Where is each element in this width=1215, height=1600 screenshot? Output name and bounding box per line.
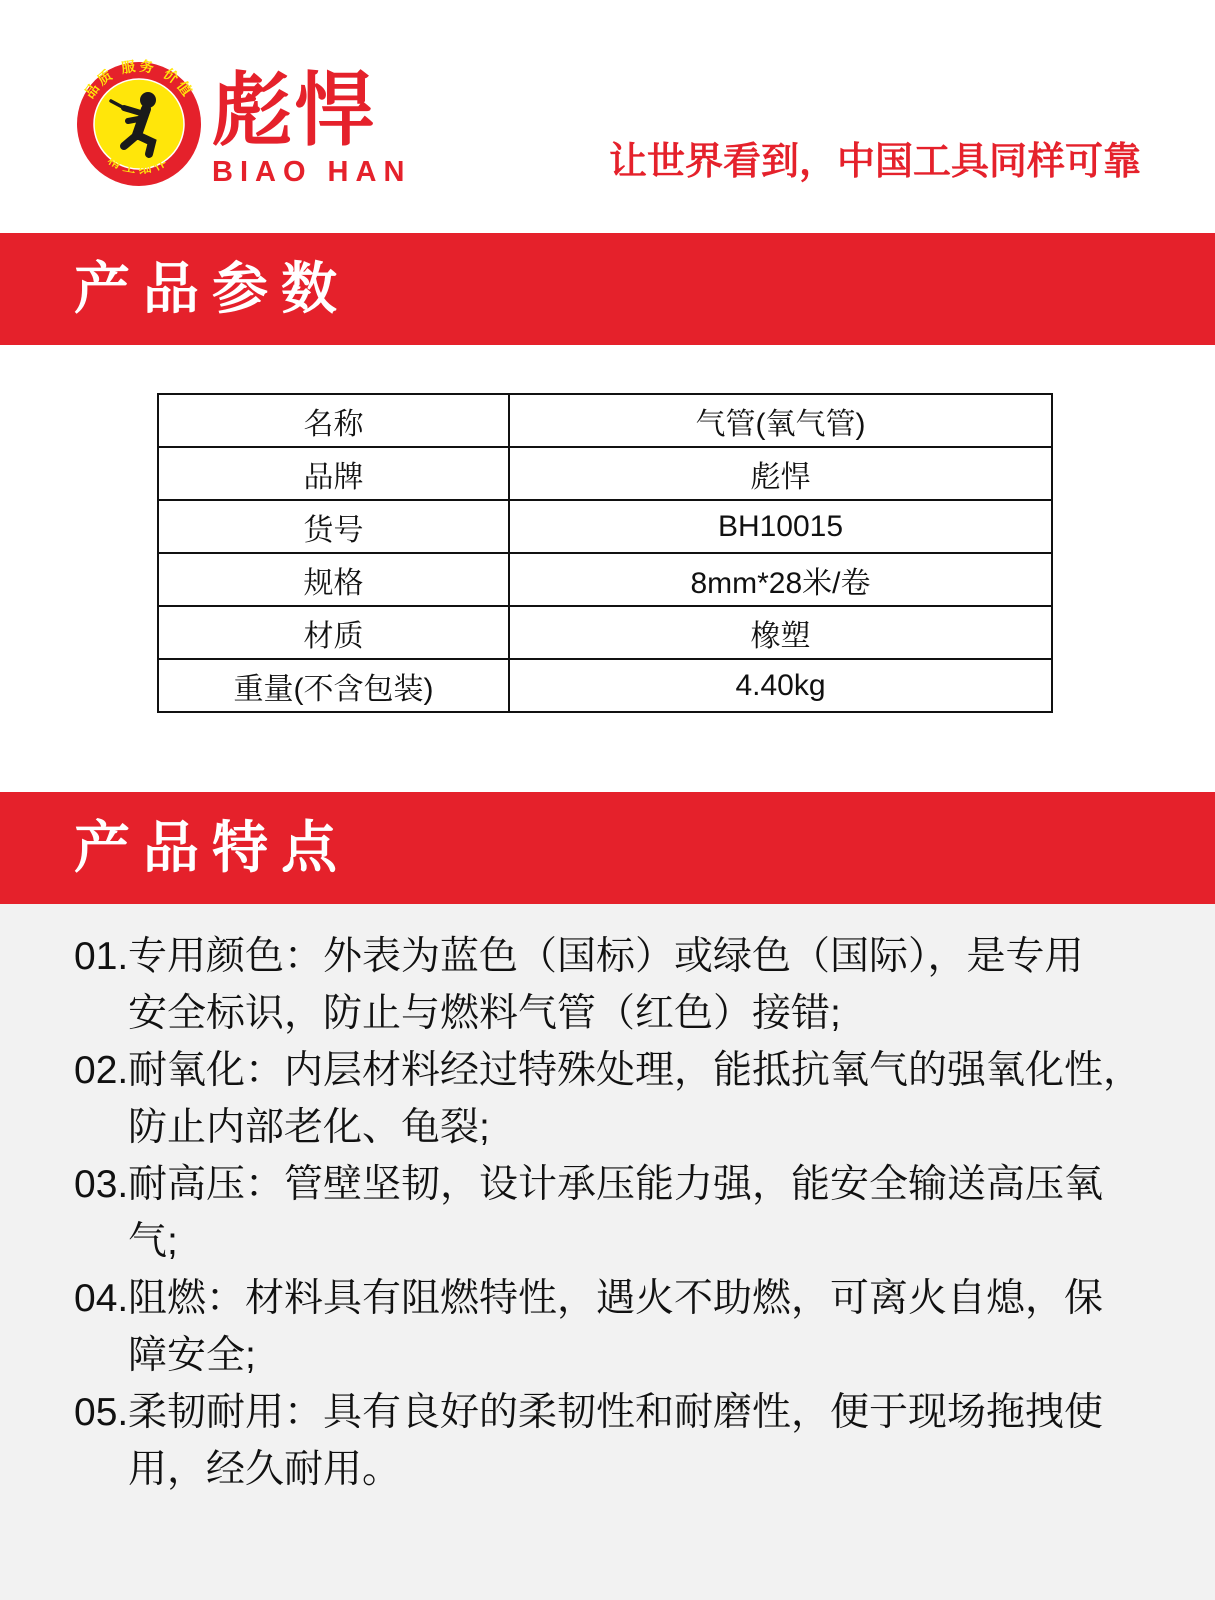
- brand-name-cn: 彪悍: [212, 69, 411, 153]
- spec-table: 名称 气管(氧气管) 品牌 彪悍 货号 BH10015 规格 8mm*28米/卷…: [157, 393, 1053, 713]
- spec-label: 规格: [158, 553, 509, 606]
- section-banner-params: 产品参数: [0, 233, 1215, 345]
- spec-value: 4.40kg: [509, 659, 1052, 712]
- spec-label: 名称: [158, 394, 509, 447]
- feature-number: 01.: [74, 928, 128, 985]
- spec-value: 橡塑: [509, 606, 1052, 659]
- feature-text: 阻燃：材料具有阻燃特性，遇火不助燃，可离火自熄，保: [128, 1277, 1103, 1320]
- feature-text: 安全标识，防止与燃料气管（红色）接错;: [74, 985, 1155, 1042]
- brand-badge-icon: 品质 服务 价值 精工细作: [74, 59, 204, 189]
- features-section: 01.专用颜色：外表为蓝色（国标）或绿色（国际），是专用 安全标识，防止与燃料气…: [0, 904, 1215, 1600]
- feature-number: 05.: [74, 1384, 128, 1441]
- feature-text: 气;: [74, 1213, 1155, 1270]
- brand-slogan: 让世界看到，中国工具同样可靠: [609, 130, 1141, 189]
- params-section: 名称 气管(氧气管) 品牌 彪悍 货号 BH10015 规格 8mm*28米/卷…: [0, 345, 1215, 792]
- feature-text: 耐高压：管壁坚韧，设计承压能力强，能安全输送高压氧: [128, 1163, 1103, 1206]
- section-banner-features: 产品特点: [0, 792, 1215, 904]
- feature-number: 02.: [74, 1042, 128, 1099]
- spec-label: 品牌: [158, 447, 509, 500]
- list-item: 04.阻燃：材料具有阻燃特性，遇火不助燃，可离火自熄，保 障安全;: [74, 1270, 1155, 1384]
- spec-value: 彪悍: [509, 447, 1052, 500]
- page-header: 品质 服务 价值 精工细作 彪悍 BIAO HAN 让世界看到，中国工具同样可靠: [0, 0, 1215, 233]
- section-title-features: 产品特点: [74, 820, 350, 876]
- section-title-params: 产品参数: [74, 261, 350, 317]
- brand-logo-group: 品质 服务 价值 精工细作 彪悍 BIAO HAN: [74, 59, 411, 189]
- table-row: 重量(不含包装) 4.40kg: [158, 659, 1052, 712]
- brand-wordmark: 彪悍 BIAO HAN: [212, 69, 411, 189]
- feature-text: 耐氧化：内层材料经过特殊处理，能抵抗氧气的强氧化性，: [128, 1049, 1142, 1092]
- spec-label: 材质: [158, 606, 509, 659]
- spec-label: 货号: [158, 500, 509, 553]
- spec-value: 气管(氧气管): [509, 394, 1052, 447]
- feature-text: 用，经久耐用。: [74, 1441, 1155, 1498]
- list-item: 03.耐高压：管壁坚韧，设计承压能力强，能安全输送高压氧 气;: [74, 1156, 1155, 1270]
- list-item: 02.耐氧化：内层材料经过特殊处理，能抵抗氧气的强氧化性， 防止内部老化、龟裂;: [74, 1042, 1155, 1156]
- spec-label: 重量(不含包装): [158, 659, 509, 712]
- table-row: 规格 8mm*28米/卷: [158, 553, 1052, 606]
- list-item: 05.柔韧耐用：具有良好的柔韧性和耐磨性，便于现场拖拽使 用，经久耐用。: [74, 1384, 1155, 1498]
- table-row: 品牌 彪悍: [158, 447, 1052, 500]
- feature-number: 04.: [74, 1270, 128, 1327]
- brand-name-en: BIAO HAN: [212, 156, 411, 189]
- feature-text: 障安全;: [74, 1327, 1155, 1384]
- feature-number: 03.: [74, 1156, 128, 1213]
- table-row: 材质 橡塑: [158, 606, 1052, 659]
- spec-value: BH10015: [509, 500, 1052, 553]
- list-item: 01.专用颜色：外表为蓝色（国标）或绿色（国际），是专用 安全标识，防止与燃料气…: [74, 928, 1155, 1042]
- table-row: 货号 BH10015: [158, 500, 1052, 553]
- feature-text: 防止内部老化、龟裂;: [74, 1099, 1155, 1156]
- feature-text: 柔韧耐用：具有良好的柔韧性和耐磨性，便于现场拖拽使: [128, 1391, 1103, 1434]
- spec-value: 8mm*28米/卷: [509, 553, 1052, 606]
- feature-list: 01.专用颜色：外表为蓝色（国标）或绿色（国际），是专用 安全标识，防止与燃料气…: [74, 928, 1155, 1498]
- table-row: 名称 气管(氧气管): [158, 394, 1052, 447]
- product-detail-page: { "colors": { "accent_red": "#e5212b", "…: [0, 0, 1215, 1600]
- feature-text: 专用颜色：外表为蓝色（国标）或绿色（国际），是专用: [128, 935, 1084, 978]
